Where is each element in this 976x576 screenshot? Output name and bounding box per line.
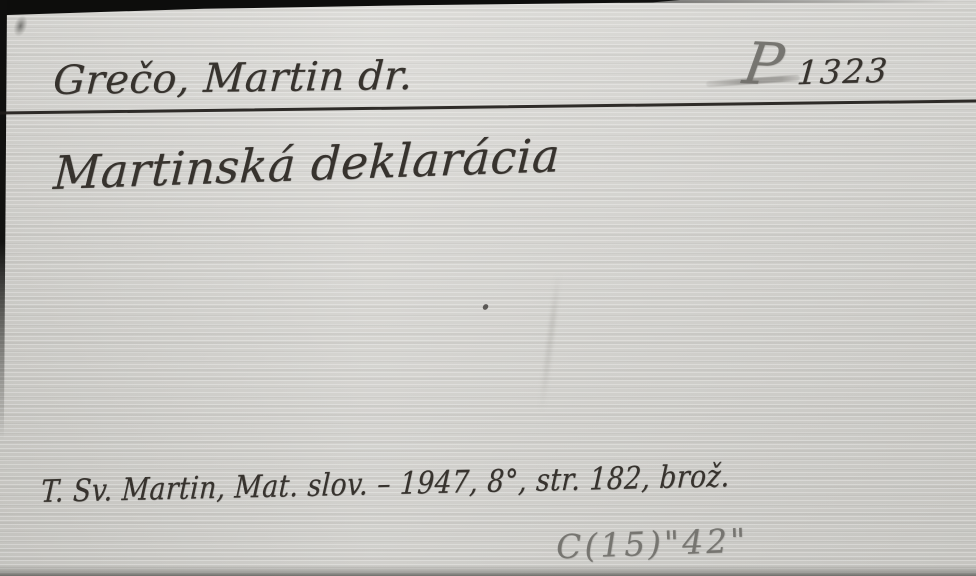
author-heading: Grečo, Martin dr. xyxy=(52,53,414,104)
pencil-shelfmark: C(15)"42" xyxy=(555,521,749,567)
call-number-pencil-letter: P xyxy=(739,29,789,99)
scan-top-edge xyxy=(0,0,680,16)
scan-left-edge xyxy=(0,0,7,440)
pencil-smudge xyxy=(11,14,30,39)
ink-speck xyxy=(482,303,489,311)
imprint-line: T. Sv. Martin, Mat. slov. – 1947, 8°, st… xyxy=(40,458,731,510)
scan-top-edge-faint xyxy=(620,0,950,3)
catalog-card-scan: Grečo, Martin dr. P 1323 Martinská dekla… xyxy=(0,0,976,576)
scan-bottom-edge xyxy=(0,565,976,576)
title-handwritten: Martinská deklarácia xyxy=(52,128,561,200)
paper-crease xyxy=(539,272,560,411)
call-number: 1323 xyxy=(795,51,890,93)
